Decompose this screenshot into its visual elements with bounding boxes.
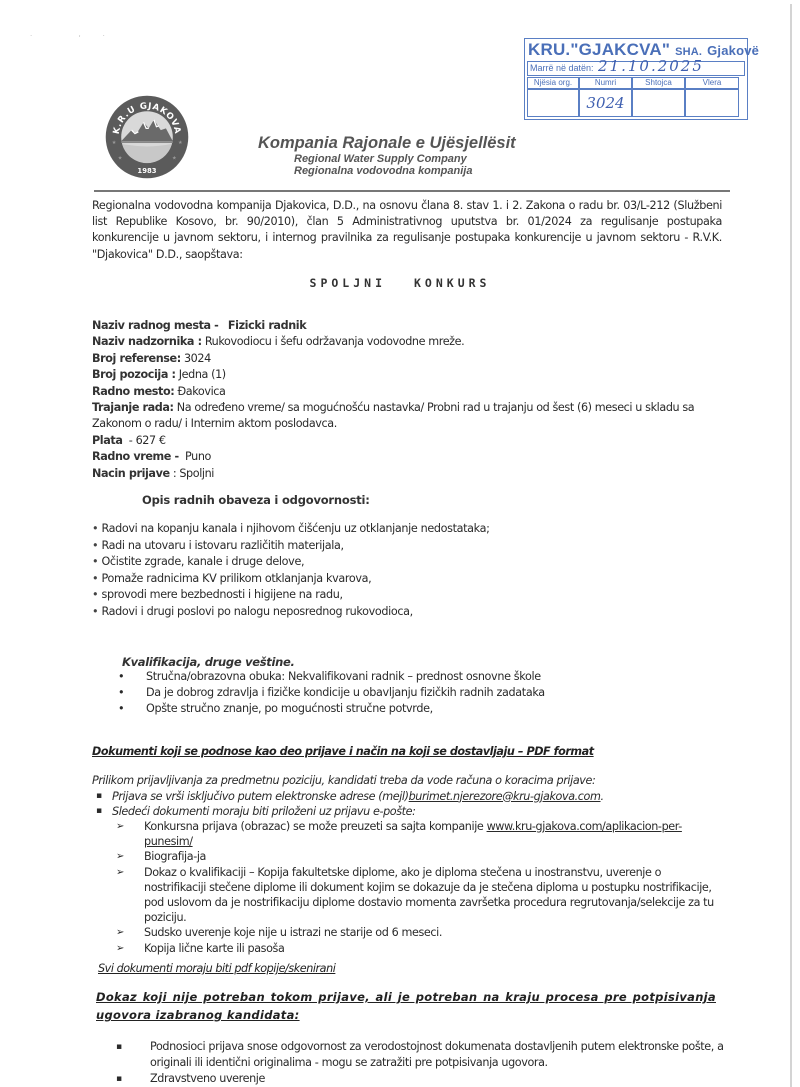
page-edge-shadow	[790, 4, 792, 1087]
svg-text:★: ★	[118, 155, 123, 161]
registry-stamp: KRU."GJAKCVA" SHA. Gjakovë Marrë në datë…	[524, 38, 748, 120]
list-item: Sudsko uverenje koje nije u istrazi ne s…	[116, 925, 716, 940]
stamp-date-value: 21.10.2025	[598, 57, 704, 75]
application-intro: Prilikom prijavljivanja za predmetnu poz…	[92, 773, 722, 789]
application-steps: Prilikom prijavljivanja za predmetnu poz…	[92, 773, 722, 820]
list-item: Stručna/obrazovna obuka: Nekvalifikovani…	[118, 669, 748, 685]
list-item: Da je dobrog zdravlja i fizičke kondicij…	[118, 685, 748, 701]
stamp-cell-number: 3024	[579, 89, 632, 117]
list-item: sprovodi mere bezbednosti i higijene na …	[92, 587, 722, 604]
field-reference: Broj referense: 3024	[92, 351, 722, 367]
header-divider	[94, 190, 730, 192]
list-item: Očistite zgrade, kanale i druge delove,	[92, 554, 722, 571]
qualifications-list: Stručna/obrazovna obuka: Nekvalifikovani…	[118, 669, 748, 717]
documents-heading: Dokumenti koji se podnose kao deo prijav…	[92, 745, 594, 758]
stamp-header-number: Numri	[579, 77, 632, 89]
duties-heading: Opis radnih obaveza i odgovornosti:	[142, 493, 370, 507]
list-item: Opšte stručno znanje, po mogućnosti stru…	[118, 701, 748, 717]
list-item: Biografija-ja	[116, 849, 716, 864]
svg-text:1983: 1983	[137, 167, 156, 175]
svg-text:★: ★	[112, 140, 117, 146]
field-position-title: Naziv radnog mesta - Fizicki radnik	[92, 318, 722, 334]
list-item: Dokaz o kvalifikaciji – Kopija fakultets…	[116, 865, 716, 926]
company-logo-icon: K.R.U GJAKOVA 1983 ★ ★ ★ ★	[104, 94, 190, 180]
stamp-header-unit: Njësia org.	[527, 77, 579, 89]
stamp-grid: Njësia org. Numri Shtojca Vlera 3024	[527, 77, 745, 117]
svg-text:★: ★	[178, 140, 183, 146]
company-subtitle-en: Regional Water Supply Company	[294, 153, 548, 165]
qualifications-heading: Kvalifikacija, druge veštine.	[122, 655, 295, 669]
document-title: SPOLJNIKONKURS	[0, 276, 800, 290]
list-item: Radovi i drugi poslovi po nalogu neposre…	[92, 604, 722, 621]
position-fields: Naziv radnog mesta - Fizicki radnik Nazi…	[92, 318, 722, 482]
field-location: Radno mesto: Đakovica	[92, 384, 722, 400]
list-item: Radi na utovaru i istovaru različitih ma…	[92, 538, 722, 555]
duties-list: Radovi na kopanju kanala i njihovom čišć…	[92, 521, 722, 621]
list-item: Kopija lične karte ili pasoša	[116, 941, 716, 956]
list-item: Podnosioci prijava snose odgovornost za …	[116, 1039, 726, 1071]
stamp-cell-unit	[527, 89, 579, 117]
pdf-note: Svi dokumenti moraju biti pdf kopije/ske…	[98, 962, 335, 975]
list-item: Zdravstveno uverenje	[116, 1071, 726, 1087]
field-supervisor: Naziv nadzornika : Rukovodiocu i šefu od…	[92, 334, 722, 350]
email-instruction: Prijava se vrši isključivo putem elektro…	[96, 789, 722, 805]
proof-list: Podnosioci prijava snose odgovornost za …	[116, 1039, 726, 1087]
field-duration: Trajanje rada: Na određeno vreme/ sa mog…	[92, 400, 722, 433]
stamp-date-row: Marrë në datën: 21.10.2025	[527, 61, 745, 76]
scan-specks: . ,.	[30, 30, 127, 38]
proof-heading: Dokaz koji nije potreban tokom prijave, …	[96, 988, 716, 1024]
list-item: Radovi na kopanju kanala i njihovom čišć…	[92, 521, 722, 538]
field-salary: Plata - 627 €	[92, 433, 722, 449]
intro-paragraph: Regionalna vodovodna kompanija Djakovica…	[92, 198, 722, 263]
attachments-instruction: Sledeći dokumenti moraju biti priloženi …	[96, 804, 722, 820]
list-item: Pomaže radnicima KV prilikom otklanjanja…	[92, 571, 722, 588]
company-subtitle-sr: Regionalna vodovodna kompanija	[294, 165, 548, 177]
field-positions-count: Broj pozocija : Jedna (1)	[92, 367, 722, 383]
stamp-cell-attachment	[632, 89, 685, 117]
field-working-hours: Radno vreme - Puno	[92, 449, 722, 465]
list-item: Konkursna prijava (obrazac) se može preu…	[116, 819, 716, 849]
svg-text:★: ★	[172, 155, 177, 161]
email-link[interactable]: burimet.njerezore@kru-gjakova.com	[409, 790, 601, 803]
required-documents-list: Konkursna prijava (obrazac) se može preu…	[116, 819, 716, 956]
field-application-type: Nacin prijave : Spoljni	[92, 466, 722, 482]
stamp-date-label: Marrë në datën:	[530, 63, 594, 73]
company-header: Kompania Rajonale e Ujësjellësit Regiona…	[258, 134, 548, 177]
stamp-cell-value	[685, 89, 739, 117]
company-name: Kompania Rajonale e Ujësjellësit	[258, 134, 548, 153]
stamp-header-attachment: Shtojca	[632, 77, 685, 89]
stamp-header-value: Vlera	[685, 77, 739, 89]
